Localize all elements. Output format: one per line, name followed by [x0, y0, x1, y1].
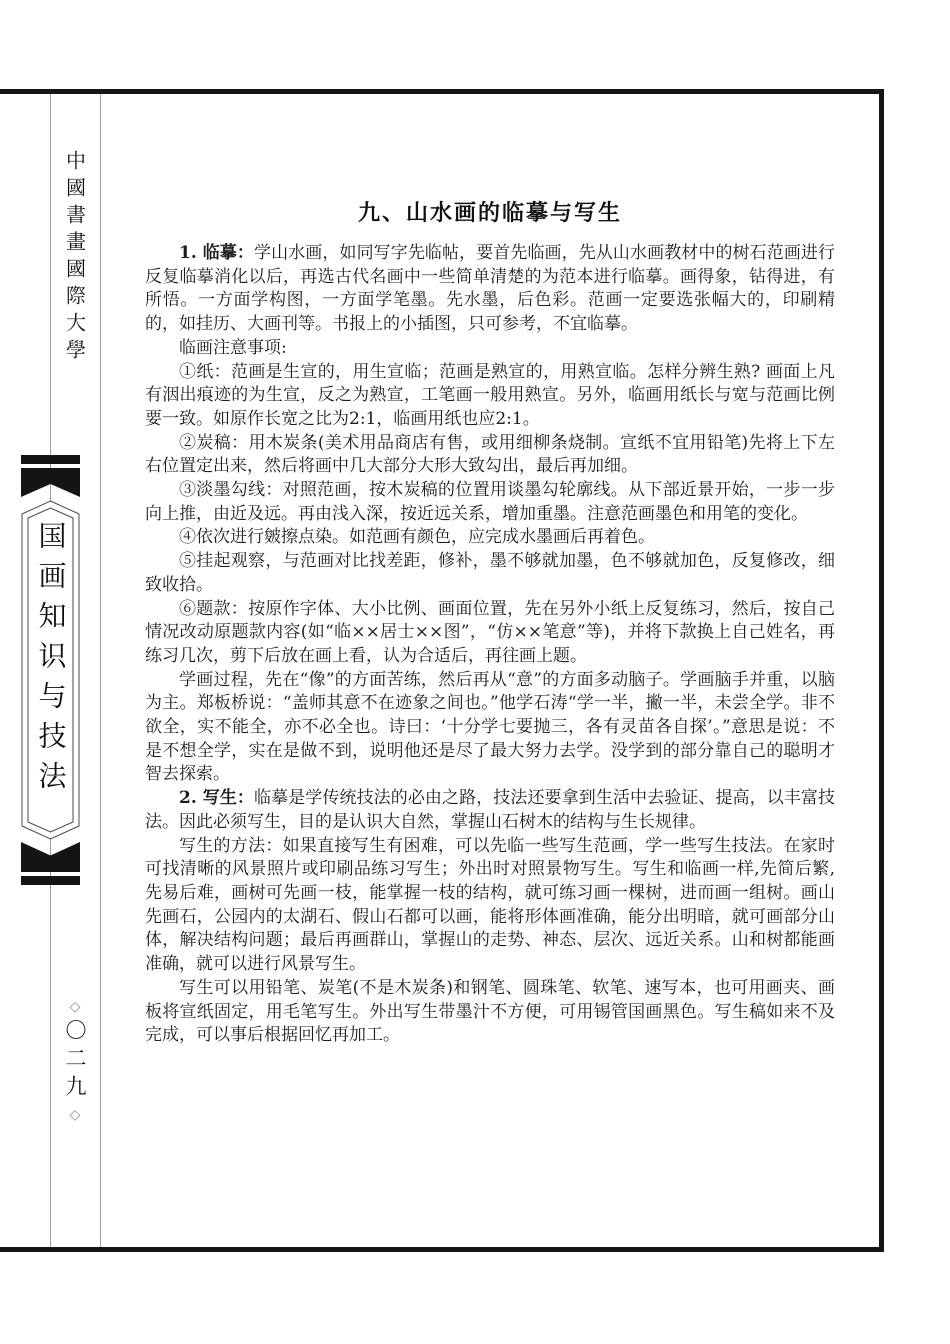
paragraph-note-5-compare: ⑤挂起观察，与范画对比找差距，修补，墨不够就加墨，色不够就加色，反复修改，细致收…: [145, 550, 835, 597]
paragraph-notes-heading: 临画注意事项:: [145, 337, 835, 361]
diamond-ornament-bottom: ◇: [70, 1108, 81, 1122]
ribbon-flag-top: [21, 468, 80, 497]
paragraph-note-1-paper: ①纸：范画是生宣的，用生宣临；范画是熟宣的，用熟宣临。怎样分辨生熟? 画面上凡有…: [145, 361, 835, 432]
paragraph-note-4-texture: ④依次进行皴擦点染。如范画有颜色，应完成水墨画后再着色。: [145, 526, 835, 550]
paragraph-note-3-outline: ③淡墨勾线：对照范画，按木炭稿的位置用谈墨勾轮廓线。从下部近景开始，一步一步向上…: [145, 479, 835, 526]
section-lead-sketching: 2. 写生：: [179, 788, 254, 808]
page-number-block: ◇ 〇二九 ◇: [60, 1000, 90, 1122]
section-lead-copying: 1. 临摹：: [179, 243, 254, 263]
ribbon-bar-top: [21, 455, 80, 464]
article: 九、山水画的临摹与写生 1. 临摹：学山水画，如同写字先临帖，要首先临画，先从山…: [145, 198, 835, 1048]
ribbon-series-title: 国画知识与技法: [31, 521, 71, 801]
paragraph-sketching-method: 写生的方法：如果直接写生有困难，可以先临一些写生范画，学一些写生技法。在家时可找…: [145, 835, 835, 977]
page-number: 〇二九: [60, 1019, 90, 1103]
spine-rule-inner: [100, 94, 101, 1247]
frame-right-bar: [879, 89, 884, 1252]
paragraph-learning-process: 学画过程，先在“像”的方面苦练，然后再从“意”的方面多动脑子。学画脑手并重，以脑…: [145, 669, 835, 788]
paragraph-sketching-intro: 2. 写生：临摹是学传统技法的必由之路，技法还要拿到生活中去验证、提高，以丰富技…: [145, 787, 835, 834]
ribbon-bar-bottom: [21, 876, 80, 885]
series-ribbon: 国画知识与技法: [21, 455, 80, 885]
paragraph-sketching-tools: 写生可以用铅笔、炭笔(不是木炭条)和钢笔、圆珠笔、软笔、速写本，也可用画夹、画板…: [145, 977, 835, 1048]
paragraph-note-6-inscription: ⑥题款：按原作字体、大小比例、画面位置，先在另外小纸上反复练习，然后，按自己情况…: [145, 598, 835, 669]
paragraph-note-2-charcoal: ②炭稿：用木炭条(美术用品商店有售，或用细柳条烧制。宣纸不宜用铅笔)先将上下左右…: [145, 432, 835, 479]
spine-university-label: 中國書畫國際大學: [61, 150, 90, 366]
book-page: 中國書畫國際大學 国画知识与技法 ◇ 〇二九 ◇ 九、山水画的临摹与写生 1. …: [0, 0, 950, 1344]
frame-bottom-bar: [0, 1247, 884, 1252]
article-title: 九、山水画的临摹与写生: [145, 198, 835, 228]
ribbon-flag-bottom: [21, 842, 80, 872]
frame-top-bar: [0, 89, 884, 94]
paragraph-copying-intro: 1. 临摹：学山水画，如同写字先临帖，要首先临画，先从山水画教材中的树石范画进行…: [145, 242, 835, 337]
diamond-ornament-top: ◇: [70, 1000, 81, 1014]
